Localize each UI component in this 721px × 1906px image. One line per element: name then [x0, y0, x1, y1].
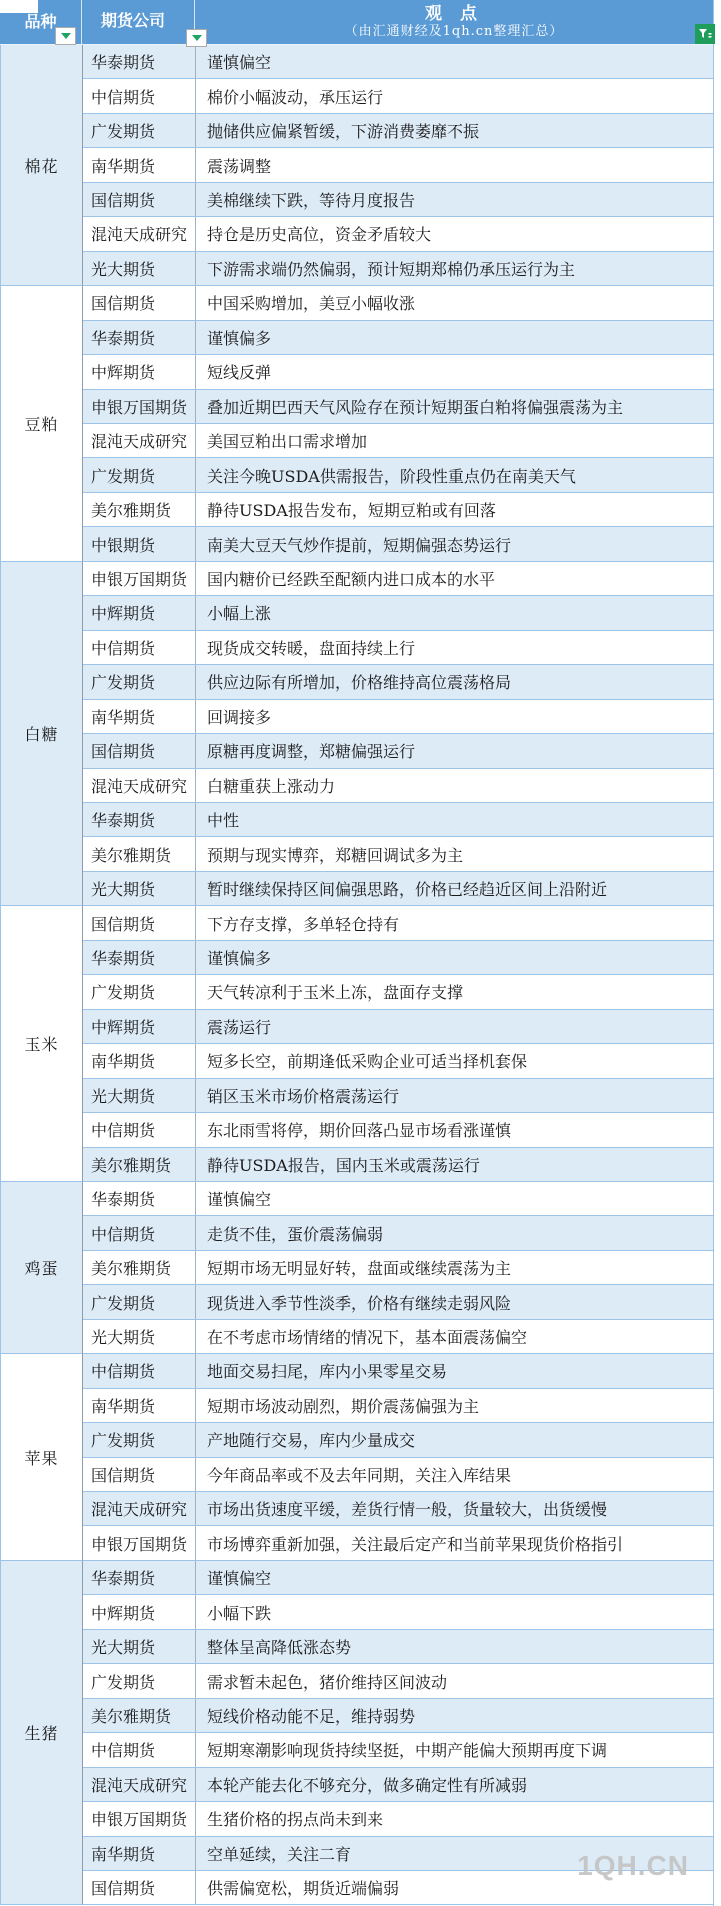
opinion-cell: 谨慎偏空 — [196, 1566, 713, 1589]
group-rows: 国信期货中国采购增加，美豆小幅收涨华泰期货谨慎偏多中辉期货短线反弹申银万国期货叠… — [83, 286, 713, 562]
variety-filter-dropdown[interactable] — [55, 27, 76, 45]
opinion-cell: 静待USDA报告发布，短期豆粕或有回落 — [196, 498, 713, 521]
chevron-down-icon — [61, 33, 71, 39]
table-row: 光大期货销区玉米市场价格震荡运行 — [83, 1079, 713, 1113]
company-cell: 美尔雅期货 — [83, 1148, 196, 1181]
table-row: 中信期货棉价小幅波动，承压运行 — [83, 79, 713, 113]
company-cell: 光大期货 — [83, 1630, 196, 1663]
table-row: 混沌天成研究市场出货速度平缓，差货行情一般，货量较大，出货缓慢 — [83, 1492, 713, 1526]
table-row: 华泰期货谨慎偏空 — [83, 1561, 713, 1595]
company-cell: 混沌天成研究 — [83, 769, 196, 802]
opinion-cell: 短期市场无明显好转，盘面或继续震荡为主 — [196, 1256, 713, 1279]
group-rows: 国信期货下方存支撑，多单轻仓持有华泰期货谨慎偏多广发期货天气转凉利于玉米上冻，盘… — [83, 906, 713, 1182]
company-cell: 华泰期货 — [83, 1182, 196, 1215]
variety-cell: 苹果 — [1, 1354, 83, 1561]
opinion-cell: 中性 — [196, 808, 713, 831]
commodity-group: 白糖申银万国期货国内糖价已经跌至配额内进口成本的水平中辉期货小幅上涨中信期货现货… — [1, 562, 713, 907]
table-row: 光大期货在不考虑市场情绪的情况下，基本面震荡偏空 — [83, 1320, 713, 1354]
opinion-cell: 需求暂未起色，猪价维持区间波动 — [196, 1670, 713, 1693]
table-row: 中银期货南美大豆天气炒作提前，短期偏强态势运行 — [83, 527, 713, 561]
opinion-cell: 叠加近期巴西天气风险存在预计短期蛋白粕将偏强震荡为主 — [196, 395, 713, 418]
table-row: 申银万国期货生猪价格的拐点尚未到来 — [83, 1802, 713, 1836]
table-row: 中辉期货震荡运行 — [83, 1010, 713, 1044]
futures-opinion-table: 品种 期货公司 观 点 （由汇通财经及1qh.cn整理汇总） — [0, 0, 714, 1906]
table-row: 中信期货东北雨雪将停，期价回落凸显市场看涨谨慎 — [83, 1113, 713, 1147]
opinion-cell: 下方存支撑，多单轻仓持有 — [196, 912, 713, 935]
opinion-cell: 下游需求端仍然偏弱，预计短期郑棉仍承压运行为主 — [196, 257, 713, 280]
table-row: 申银万国期货市场博弈重新加强，关注最后定产和当前苹果现货价格指引 — [83, 1526, 713, 1560]
company-cell: 广发期货 — [83, 1423, 196, 1456]
table-row: 国信期货原糖再度调整，郑糖偏强运行 — [83, 734, 713, 768]
opinion-cell: 走货不佳，蛋价震荡偏弱 — [196, 1222, 713, 1245]
table-row: 中信期货短期寒潮影响现货持续坚挺，中期产能偏大预期再度下调 — [83, 1733, 713, 1767]
corner-notch — [0, 0, 38, 13]
company-cell: 南华期货 — [83, 1389, 196, 1422]
opinion-cell: 销区玉米市场价格震荡运行 — [196, 1084, 713, 1107]
company-cell: 国信期货 — [83, 1458, 196, 1491]
opinion-cell: 中国采购增加，美豆小幅收涨 — [196, 291, 713, 314]
table-row: 华泰期货中性 — [83, 803, 713, 837]
opinion-cell: 抛储供应偏紧暂缓，下游消费萎靡不振 — [196, 119, 713, 142]
opinion-cell: 预期与现实博弈，郑糖回调试多为主 — [196, 843, 713, 866]
opinion-cell: 持仓是历史高位，资金矛盾较大 — [196, 222, 713, 245]
opinion-cell: 现货成交转暖，盘面持续上行 — [196, 636, 713, 659]
company-cell: 广发期货 — [83, 1664, 196, 1697]
opinion-cell: 关注今晚USDA供需报告，阶段性重点仍在南美天气 — [196, 464, 713, 487]
opinion-cell: 生猪价格的拐点尚未到来 — [196, 1807, 713, 1830]
table-row: 南华期货短期市场波动剧烈，期价震荡偏强为主 — [83, 1389, 713, 1423]
opinion-cell: 谨慎偏空 — [196, 50, 713, 73]
company-cell: 申银万国期货 — [83, 562, 196, 595]
company-cell: 中信期货 — [83, 1354, 196, 1387]
company-cell: 国信期货 — [83, 734, 196, 767]
company-cell: 申银万国期货 — [83, 390, 196, 423]
company-cell: 中信期货 — [83, 79, 196, 112]
table-row: 国信期货今年商品率或不及去年同期，关注入库结果 — [83, 1458, 713, 1492]
opinion-cell: 震荡运行 — [196, 1015, 713, 1038]
opinion-cell: 供应边际有所增加，价格维持高位震荡格局 — [196, 670, 713, 693]
table-row: 华泰期货谨慎偏空 — [83, 1182, 713, 1216]
company-cell: 国信期货 — [83, 906, 196, 939]
table-row: 申银万国期货叠加近期巴西天气风险存在预计短期蛋白粕将偏强震荡为主 — [83, 390, 713, 424]
company-cell: 华泰期货 — [83, 1561, 196, 1594]
table-row: 申银万国期货国内糖价已经跌至配额内进口成本的水平 — [83, 562, 713, 596]
company-cell: 华泰期货 — [83, 941, 196, 974]
company-cell: 申银万国期货 — [83, 1802, 196, 1835]
table-row: 美尔雅期货预期与现实博弈，郑糖回调试多为主 — [83, 837, 713, 871]
company-cell: 广发期货 — [83, 1285, 196, 1318]
table-row: 混沌天成研究白糖重获上涨动力 — [83, 769, 713, 803]
opinion-cell: 本轮产能去化不够充分，做多确定性有所减弱 — [196, 1773, 713, 1796]
company-cell: 光大期货 — [83, 872, 196, 905]
company-cell: 光大期货 — [83, 1079, 196, 1112]
company-cell: 中信期货 — [83, 1733, 196, 1766]
opinion-cell: 小幅下跌 — [196, 1601, 713, 1624]
opinion-cell: 市场出货速度平缓，差货行情一般，货量较大，出货缓慢 — [196, 1497, 713, 1520]
table-row: 美尔雅期货短线价格动能不足，维持弱势 — [83, 1699, 713, 1733]
commodity-group: 玉米国信期货下方存支撑，多单轻仓持有华泰期货谨慎偏多广发期货天气转凉利于玉米上冻… — [1, 906, 713, 1182]
opinion-cell: 整体呈高降低涨态势 — [196, 1635, 713, 1658]
table-row: 混沌天成研究持仓是历史高位，资金矛盾较大 — [83, 217, 713, 251]
header-cell-company: 期货公司 — [82, 0, 195, 44]
table-row: 广发期货产地随行交易，库内少量成交 — [83, 1423, 713, 1457]
table-row: 美尔雅期货静待USDA报告，国内玉米或震荡运行 — [83, 1148, 713, 1182]
company-cell: 美尔雅期货 — [83, 1699, 196, 1732]
company-cell: 国信期货 — [83, 1871, 196, 1904]
variety-cell: 豆粕 — [1, 286, 83, 562]
table-row: 广发期货天气转凉利于玉米上冻，盘面存支撑 — [83, 975, 713, 1009]
variety-cell: 生猪 — [1, 1561, 83, 1906]
filter-funnel-icon[interactable] — [695, 24, 715, 44]
opinion-cell: 在不考虑市场情绪的情况下，基本面震荡偏空 — [196, 1325, 713, 1348]
company-cell: 中信期货 — [83, 1113, 196, 1146]
table-row: 广发期货需求暂未起色，猪价维持区间波动 — [83, 1664, 713, 1698]
company-cell: 中辉期货 — [83, 355, 196, 388]
opinion-cell: 市场博弈重新加强，关注最后定产和当前苹果现货价格指引 — [196, 1532, 713, 1555]
table-row: 广发期货关注今晚USDA供需报告，阶段性重点仍在南美天气 — [83, 458, 713, 492]
opinion-cell: 小幅上涨 — [196, 601, 713, 624]
company-cell: 南华期货 — [83, 700, 196, 733]
opinion-cell: 白糖重获上涨动力 — [196, 774, 713, 797]
opinion-cell: 谨慎偏多 — [196, 946, 713, 969]
company-cell: 南华期货 — [83, 1837, 196, 1870]
company-cell: 广发期货 — [83, 665, 196, 698]
opinion-cell: 原糖再度调整，郑糖偏强运行 — [196, 739, 713, 762]
company-cell: 华泰期货 — [83, 803, 196, 836]
table-row: 中辉期货小幅下跌 — [83, 1595, 713, 1629]
commodity-group: 豆粕国信期货中国采购增加，美豆小幅收涨华泰期货谨慎偏多中辉期货短线反弹申银万国期… — [1, 286, 713, 562]
company-cell: 混沌天成研究 — [83, 217, 196, 250]
table-row: 国信期货下方存支撑，多单轻仓持有 — [83, 906, 713, 940]
header-view-subtitle: （由汇通财经及1qh.cn整理汇总） — [345, 24, 564, 40]
company-cell: 中信期货 — [83, 1216, 196, 1249]
table-row: 中辉期货小幅上涨 — [83, 596, 713, 630]
opinion-cell: 谨慎偏多 — [196, 326, 713, 349]
company-cell: 光大期货 — [83, 252, 196, 285]
company-cell: 混沌天成研究 — [83, 424, 196, 457]
table-row: 广发期货供应边际有所增加，价格维持高位震荡格局 — [83, 665, 713, 699]
table-row: 光大期货暂时继续保持区间偏强思路，价格已经趋近区间上沿附近 — [83, 872, 713, 906]
table-row: 光大期货整体呈高降低涨态势 — [83, 1630, 713, 1664]
table-row: 南华期货短多长空，前期逢低采购企业可适当择机套保 — [83, 1044, 713, 1078]
table-row: 光大期货下游需求端仍然偏弱，预计短期郑棉仍承压运行为主 — [83, 252, 713, 286]
company-cell: 广发期货 — [83, 458, 196, 491]
company-cell: 美尔雅期货 — [83, 1251, 196, 1284]
company-cell: 美尔雅期货 — [83, 493, 196, 526]
table-row: 华泰期货谨慎偏多 — [83, 941, 713, 975]
company-cell: 国信期货 — [83, 183, 196, 216]
company-cell: 混沌天成研究 — [83, 1768, 196, 1801]
company-cell: 南华期货 — [83, 1044, 196, 1077]
opinion-cell: 震荡调整 — [196, 154, 713, 177]
table-row: 美尔雅期货短期市场无明显好转，盘面或继续震荡为主 — [83, 1251, 713, 1285]
table-header: 品种 期货公司 观 点 （由汇通财经及1qh.cn整理汇总） — [0, 0, 713, 45]
opinion-cell: 棉价小幅波动，承压运行 — [196, 85, 713, 108]
opinion-cell: 南美大豆天气炒作提前，短期偏强态势运行 — [196, 533, 713, 556]
group-rows: 申银万国期货国内糖价已经跌至配额内进口成本的水平中辉期货小幅上涨中信期货现货成交… — [83, 562, 713, 907]
variety-cell: 白糖 — [1, 562, 83, 907]
group-rows: 华泰期货谨慎偏空中信期货走货不佳，蛋价震荡偏弱美尔雅期货短期市场无明显好转，盘面… — [83, 1182, 713, 1354]
funnel-glyph — [698, 27, 712, 41]
opinion-cell: 短期寒潮影响现货持续坚挺，中期产能偏大预期再度下调 — [196, 1738, 713, 1761]
opinion-cell: 现货进入季节性淡季，价格有继续走弱风险 — [196, 1291, 713, 1314]
company-cell: 中银期货 — [83, 527, 196, 560]
header-company-label: 期货公司 — [101, 8, 165, 31]
opinion-cell: 美棉继续下跌，等待月度报告 — [196, 188, 713, 211]
table-row: 中信期货地面交易扫尾，库内小果零星交易 — [83, 1354, 713, 1388]
opinion-cell: 天气转凉利于玉米上冻，盘面存支撑 — [196, 980, 713, 1003]
company-filter-dropdown[interactable] — [186, 29, 207, 47]
company-cell: 广发期货 — [83, 114, 196, 147]
table-row: 华泰期货谨慎偏多 — [83, 321, 713, 355]
table-row: 混沌天成研究本轮产能去化不够充分，做多确定性有所减弱 — [83, 1768, 713, 1802]
spreadsheet-page: 品种 期货公司 观 点 （由汇通财经及1qh.cn整理汇总） — [0, 0, 721, 1906]
commodity-group: 苹果中信期货地面交易扫尾，库内小果零星交易南华期货短期市场波动剧烈，期价震荡偏强… — [1, 1354, 713, 1561]
opinion-cell: 地面交易扫尾，库内小果零星交易 — [196, 1359, 713, 1382]
table-row: 国信期货美棉继续下跌，等待月度报告 — [83, 183, 713, 217]
table-row: 南华期货震荡调整 — [83, 148, 713, 182]
table-row: 中辉期货短线反弹 — [83, 355, 713, 389]
company-cell: 申银万国期货 — [83, 1526, 196, 1559]
company-cell: 中辉期货 — [83, 1595, 196, 1628]
header-view-title: 观 点 — [425, 4, 483, 24]
table-row: 国信期货中国采购增加，美豆小幅收涨 — [83, 286, 713, 320]
variety-cell: 玉米 — [1, 906, 83, 1182]
opinion-cell: 静待USDA报告，国内玉米或震荡运行 — [196, 1153, 713, 1176]
table-row: 广发期货现货进入季节性淡季，价格有继续走弱风险 — [83, 1285, 713, 1319]
company-cell: 华泰期货 — [83, 45, 196, 78]
table-row: 中信期货走货不佳，蛋价震荡偏弱 — [83, 1216, 713, 1250]
table-row: 混沌天成研究美国豆粕出口需求增加 — [83, 424, 713, 458]
commodity-group: 鸡蛋华泰期货谨慎偏空中信期货走货不佳，蛋价震荡偏弱美尔雅期货短期市场无明显好转，… — [1, 1182, 713, 1354]
opinion-cell: 产地随行交易，库内少量成交 — [196, 1428, 713, 1451]
opinion-cell: 谨慎偏空 — [196, 1187, 713, 1210]
table-row: 中信期货现货成交转暖，盘面持续上行 — [83, 631, 713, 665]
company-cell: 南华期货 — [83, 148, 196, 181]
company-cell: 中辉期货 — [83, 596, 196, 629]
opinion-cell: 短多长空，前期逢低采购企业可适当择机套保 — [196, 1049, 713, 1072]
company-cell: 光大期货 — [83, 1320, 196, 1353]
variety-cell: 鸡蛋 — [1, 1182, 83, 1354]
company-cell: 美尔雅期货 — [83, 837, 196, 870]
chevron-down-icon — [192, 35, 202, 41]
opinion-cell: 今年商品率或不及去年同期，关注入库结果 — [196, 1463, 713, 1486]
watermark: 1QH.CN — [577, 1850, 689, 1882]
company-cell: 混沌天成研究 — [83, 1492, 196, 1525]
variety-cell: 棉花 — [1, 45, 83, 286]
company-cell: 中辉期货 — [83, 1010, 196, 1043]
company-cell: 国信期货 — [83, 286, 196, 319]
opinion-cell: 暂时继续保持区间偏强思路，价格已经趋近区间上沿附近 — [196, 877, 713, 900]
opinion-cell: 美国豆粕出口需求增加 — [196, 429, 713, 452]
opinion-cell: 回调接多 — [196, 705, 713, 728]
group-rows: 中信期货地面交易扫尾，库内小果零星交易南华期货短期市场波动剧烈，期价震荡偏强为主… — [83, 1354, 713, 1561]
table-row: 美尔雅期货静待USDA报告发布，短期豆粕或有回落 — [83, 493, 713, 527]
commodity-group: 棉花华泰期货谨慎偏空中信期货棉价小幅波动，承压运行广发期货抛储供应偏紧暂缓，下游… — [1, 45, 713, 286]
opinion-cell: 国内糖价已经跌至配额内进口成本的水平 — [196, 567, 713, 590]
opinion-cell: 东北雨雪将停，期价回落凸显市场看涨谨慎 — [196, 1118, 713, 1141]
opinion-cell: 短期市场波动剧烈，期价震荡偏强为主 — [196, 1394, 713, 1417]
opinion-cell: 短线价格动能不足，维持弱势 — [196, 1704, 713, 1727]
table-row: 南华期货回调接多 — [83, 700, 713, 734]
company-cell: 华泰期货 — [83, 321, 196, 354]
group-rows: 华泰期货谨慎偏空中信期货棉价小幅波动，承压运行广发期货抛储供应偏紧暂缓，下游消费… — [83, 45, 713, 286]
opinion-cell: 短线反弹 — [196, 360, 713, 383]
company-cell: 广发期货 — [83, 975, 196, 1008]
table-row: 华泰期货谨慎偏空 — [83, 45, 713, 79]
table-body: 棉花华泰期货谨慎偏空中信期货棉价小幅波动，承压运行广发期货抛储供应偏紧暂缓，下游… — [0, 45, 713, 1905]
table-row: 广发期货抛储供应偏紧暂缓，下游消费萎靡不振 — [83, 114, 713, 148]
company-cell: 中信期货 — [83, 631, 196, 664]
header-cell-view: 观 点 （由汇通财经及1qh.cn整理汇总） — [195, 0, 713, 44]
